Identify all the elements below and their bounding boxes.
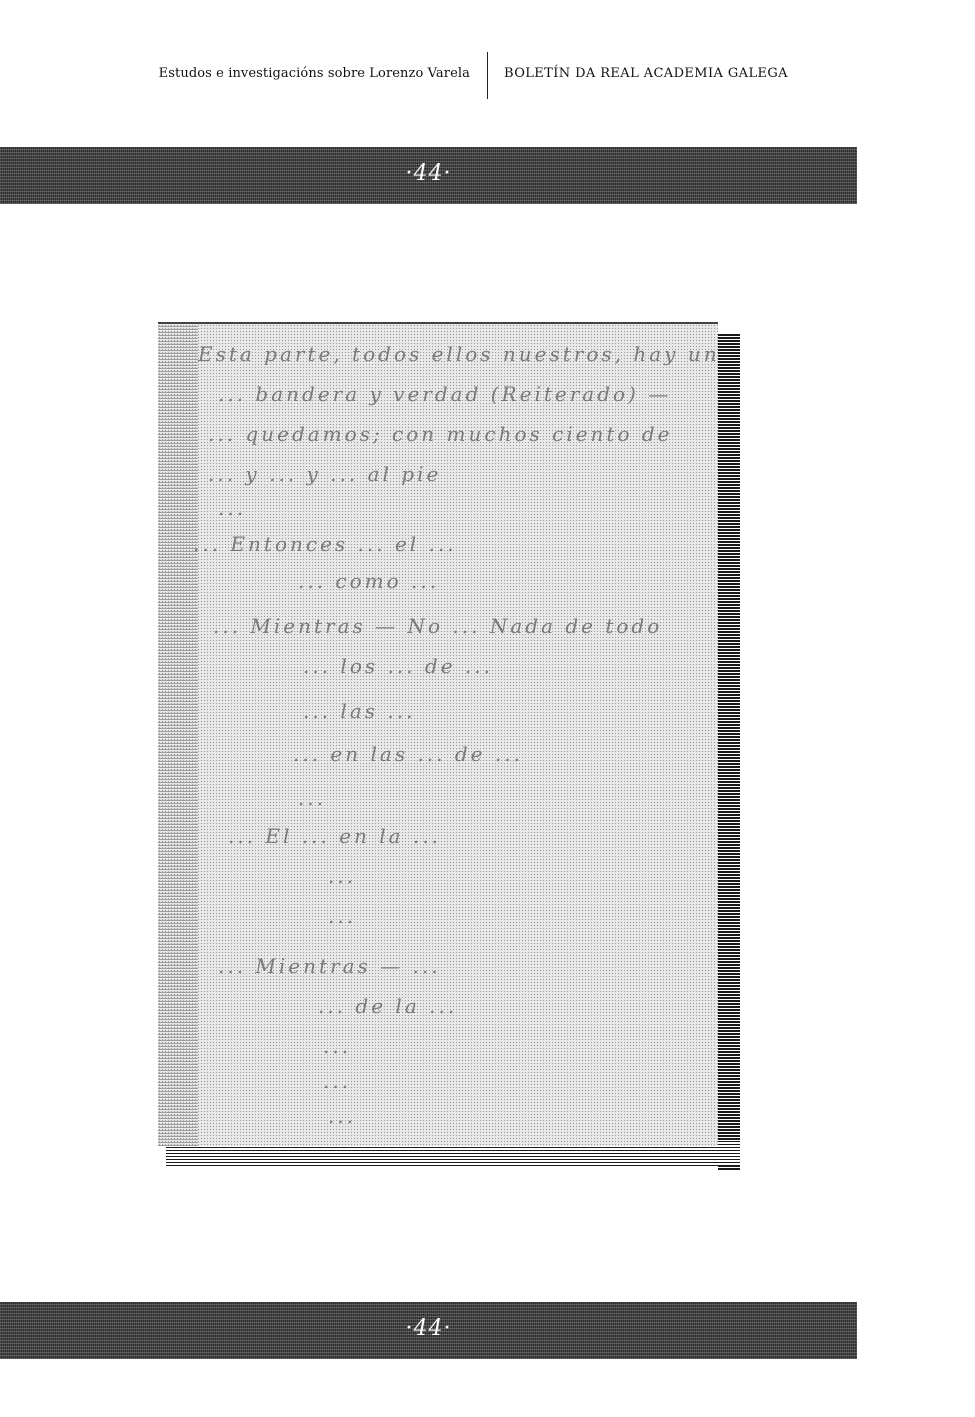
manuscript-figure: Esta parte, todos ellos nuestros, hay un… bbox=[158, 322, 748, 1170]
manuscript-line: ... en las ... de ... bbox=[293, 742, 523, 766]
manuscript-line: Esta parte, todos ellos nuestros, hay un… bbox=[198, 342, 718, 366]
running-header-right: BOLETÍN DA REAL ACADEMIA GALEGA bbox=[504, 66, 788, 81]
manuscript-line: ... de la ... bbox=[318, 994, 457, 1018]
manuscript-line: ... bandera y verdad (Reiterado) — bbox=[218, 382, 671, 406]
manuscript-line: ... las ... bbox=[303, 699, 415, 723]
running-header: Estudos e investigacións sobre Lorenzo V… bbox=[0, 52, 975, 100]
page-number-top: ·44· bbox=[0, 161, 857, 186]
running-header-left: Estudos e investigacións sobre Lorenzo V… bbox=[159, 66, 470, 81]
page-number-bottom: ·44· bbox=[0, 1316, 857, 1341]
manuscript-line: ... bbox=[328, 904, 356, 928]
page-number-banner-top: ·44· bbox=[0, 147, 857, 204]
manuscript-line: ... quedamos; con muchos ciento de bbox=[208, 422, 673, 446]
manuscript-line: ... bbox=[218, 496, 246, 520]
manuscript-line: ... bbox=[328, 1104, 356, 1128]
manuscript-line: ... los ... de ... bbox=[303, 654, 493, 678]
manuscript-line: ... y ... y ... al pie bbox=[208, 462, 441, 486]
manuscript-line: ... Mientras — ... bbox=[218, 954, 441, 978]
manuscript-image: Esta parte, todos ellos nuestros, hay un… bbox=[158, 322, 718, 1146]
manuscript-line: ... Mientras — No ... Nada de todo bbox=[213, 614, 662, 638]
manuscript-line: ... bbox=[298, 786, 326, 810]
manuscript-line: ... bbox=[323, 1069, 351, 1093]
manuscript-line: ... como ... bbox=[298, 569, 439, 593]
manuscript-line: ... bbox=[323, 1034, 351, 1058]
manuscript-line: ... bbox=[328, 864, 356, 888]
page-number-banner-bottom: ·44· bbox=[0, 1302, 857, 1359]
running-header-divider bbox=[487, 52, 488, 99]
manuscript-line: ... El ... en la ... bbox=[228, 824, 441, 848]
manuscript-shadow-right bbox=[718, 334, 740, 1170]
manuscript-scan-band bbox=[158, 324, 198, 1146]
manuscript-line: ... Entonces ... el ... bbox=[193, 532, 457, 556]
